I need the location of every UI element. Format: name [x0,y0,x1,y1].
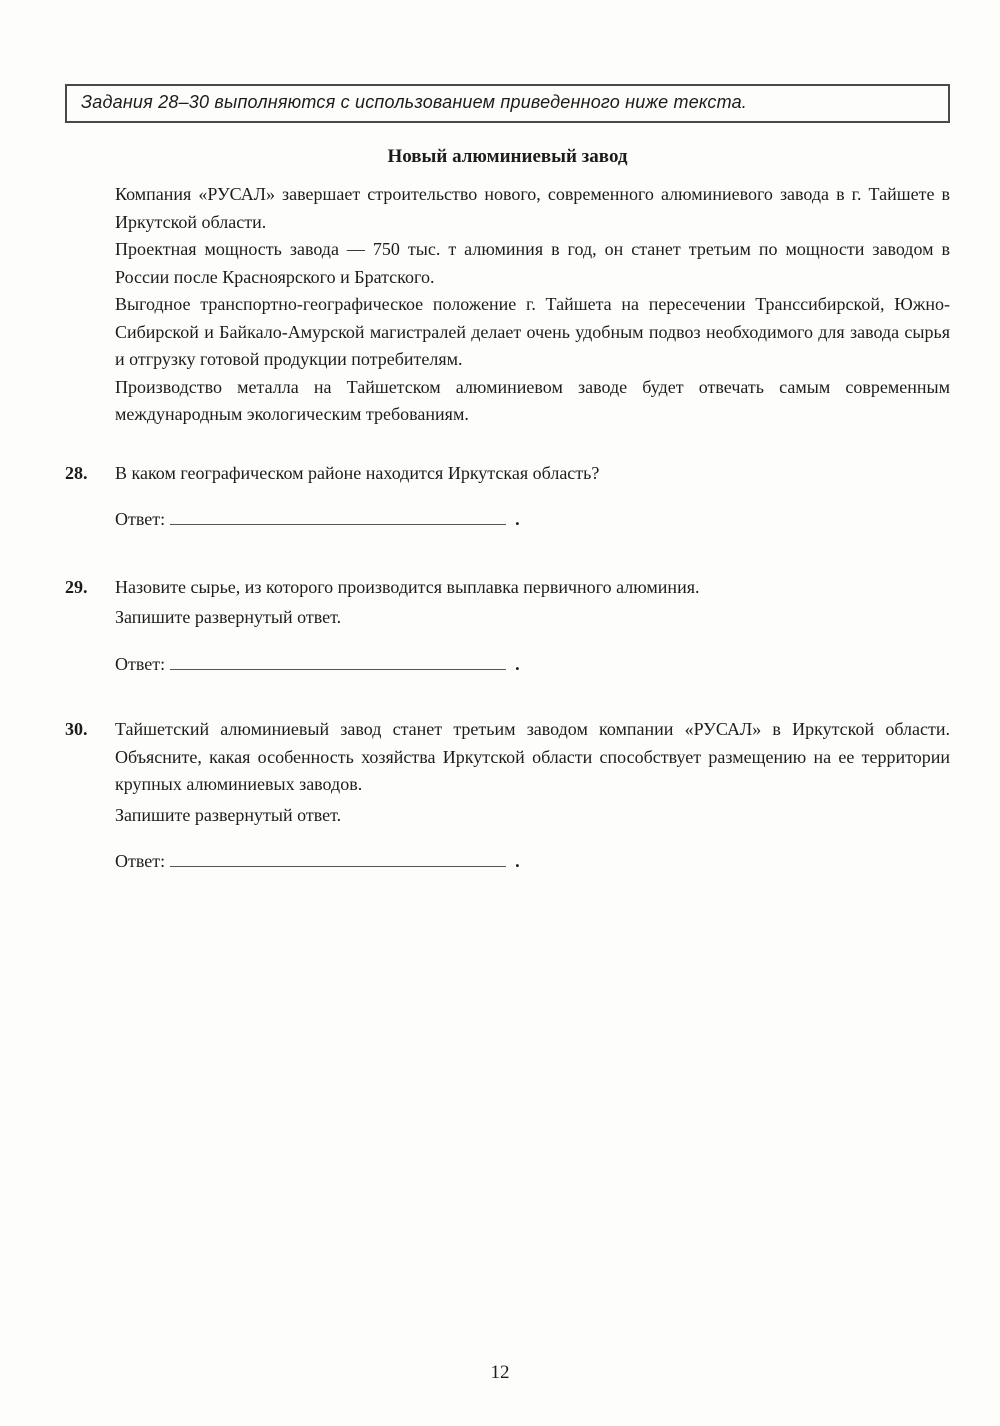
question-29: 29. Назовите сырье, из которого производ… [65,574,950,679]
answer-blank-line [170,652,506,670]
question-prompt: Запишите развернутый ответ. [115,604,950,632]
question-text: В каком географическом районе находится … [115,460,950,488]
instruction-box: Задания 28–30 выполняются с использовани… [65,84,950,123]
question-text: Назовите сырье, из которого производится… [115,574,950,602]
question-body: В каком географическом районе находится … [115,460,950,534]
question-30: 30. Тайшетский алюминиевый завод станет … [65,716,950,876]
question-prompt: Запишите развернутый ответ. [115,802,950,830]
page-number: 12 [0,1362,1000,1384]
question-number: 29. [65,574,115,679]
reading-paragraph: Компания «РУСАЛ» завершает строительство… [115,181,950,236]
answer-label: Ответ: [115,848,165,876]
question-28: 28. В каком географическом районе находи… [65,460,950,534]
document-page: Задания 28–30 выполняются с использовани… [0,0,1000,1426]
answer-blank-line [170,849,506,867]
answer-period: . [515,506,520,534]
reading-title: Новый алюминиевый завод [65,146,950,168]
question-body: Тайшетский алюминиевый завод станет трет… [115,716,950,876]
reading-paragraph: Производство металла на Тайшетском алюми… [115,374,950,429]
answer-row: Ответ:. [115,506,950,534]
instruction-text: Задания 28–30 выполняются с использовани… [81,92,747,112]
answer-row: Ответ:. [115,651,950,679]
answer-blank-line [170,507,506,525]
reading-paragraph: Выгодное транспортно-географическое поло… [115,291,950,374]
reading-paragraph: Проектная мощность завода — 750 тыс. т а… [115,236,950,291]
reading-text: Компания «РУСАЛ» завершает строительство… [115,181,950,429]
answer-label: Ответ: [115,506,165,534]
question-number: 30. [65,716,115,876]
answer-period: . [515,651,520,679]
question-text: Тайшетский алюминиевый завод станет трет… [115,716,950,799]
answer-label: Ответ: [115,651,165,679]
answer-row: Ответ:. [115,848,950,876]
question-body: Назовите сырье, из которого производится… [115,574,950,679]
question-number: 28. [65,460,115,534]
answer-period: . [515,848,520,876]
